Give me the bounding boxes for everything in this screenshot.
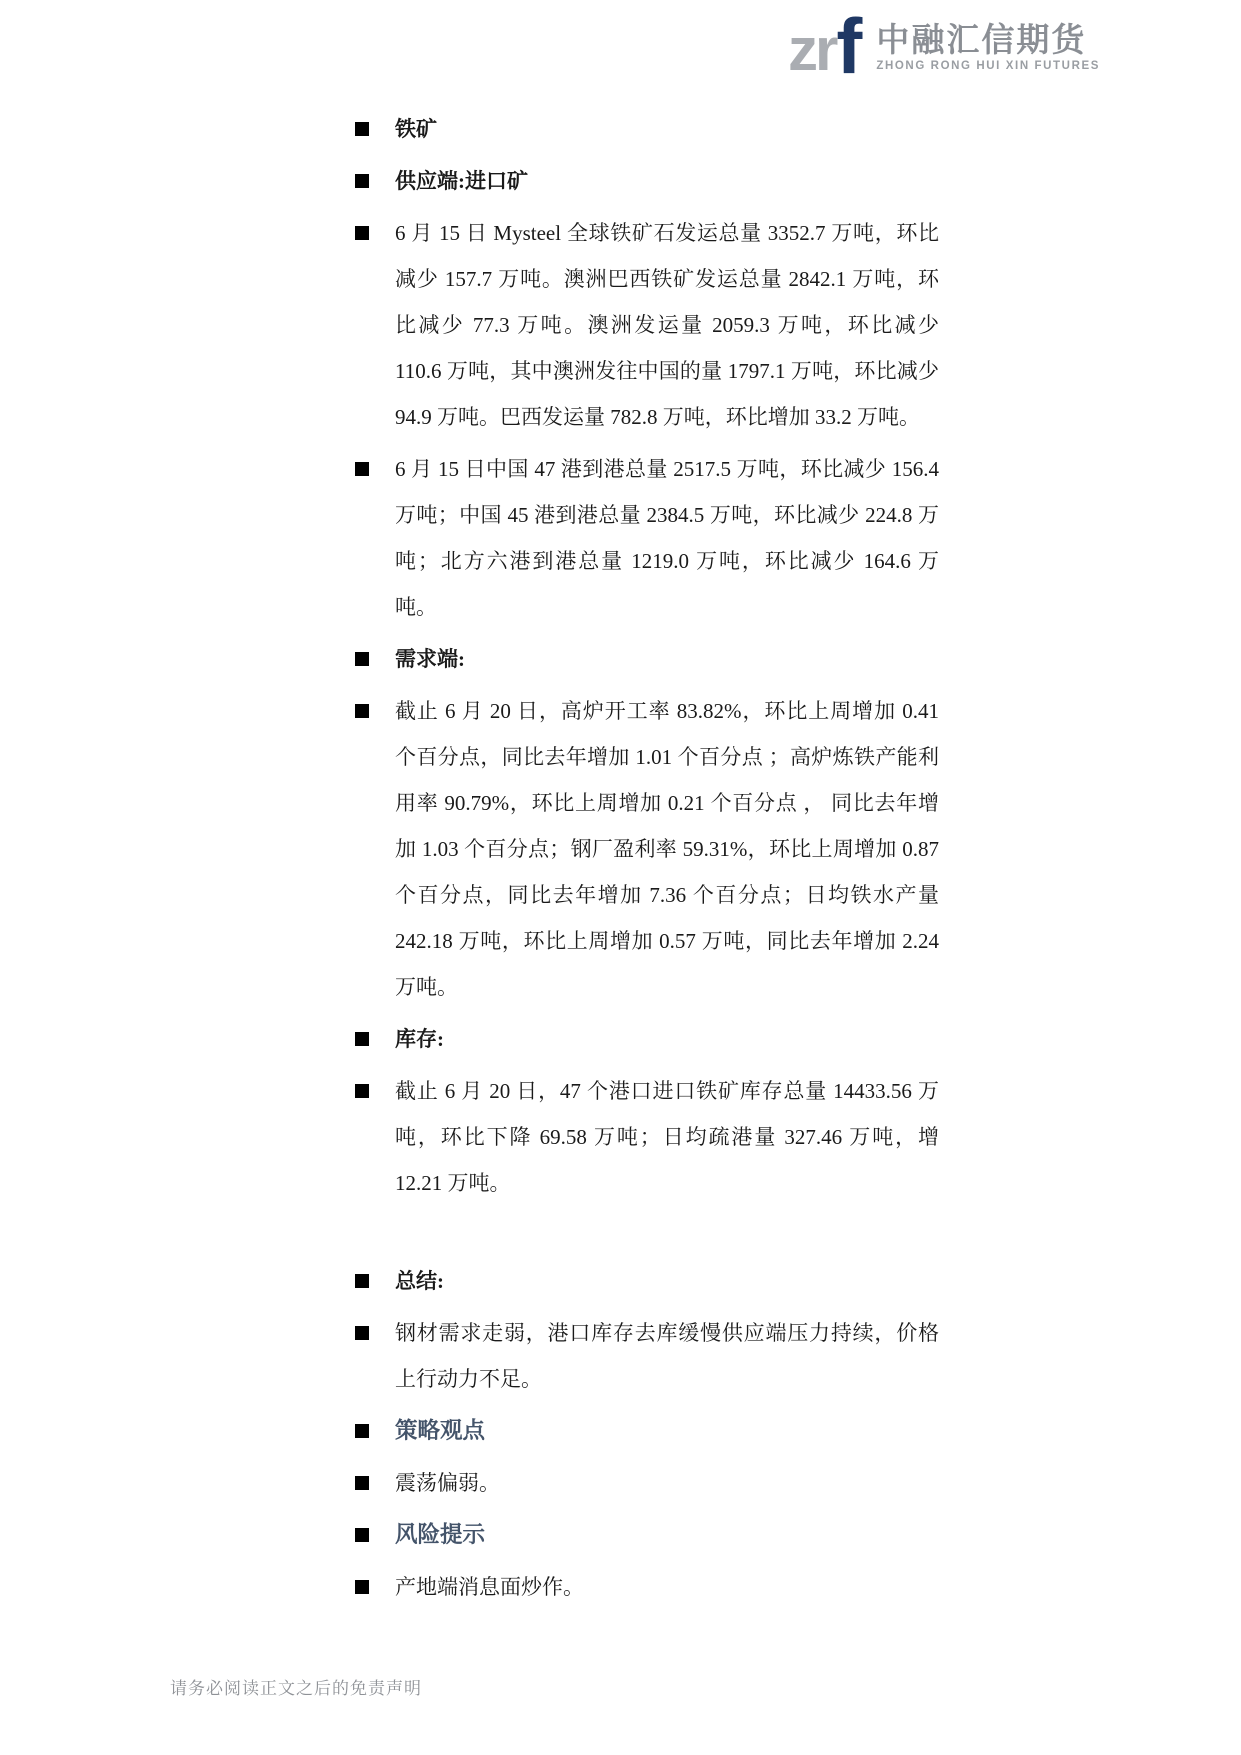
bullet-square-icon (355, 226, 369, 240)
paragraph-text: 截止 6 月 20 日，高炉开工率 83.82%，环比上周增加 0.41 个百分… (395, 688, 939, 1010)
bullet-square-icon (355, 1476, 369, 1490)
paragraph-risk: 产地端消息面炒作。 (355, 1564, 939, 1610)
logo-names: 中融汇信期货 ZHONG RONG HUI XIN FUTURES (876, 23, 1100, 75)
bullet-square-icon (355, 1528, 369, 1542)
bullet-square-icon (355, 1032, 369, 1046)
bullet-square-icon (355, 704, 369, 718)
footer-disclaimer: 请务必阅读正文之后的免责声明 (170, 1674, 422, 1699)
bullet-square-icon (355, 122, 369, 136)
bullet-square-icon (355, 174, 369, 188)
heading-iron-ore: 铁矿 (355, 106, 939, 152)
zrf-logo: zr f 中融汇信期货 ZHONG RONG HUI XIN FUTURES (788, 18, 1100, 74)
heading-summary: 总结: (355, 1258, 939, 1304)
logo-company-name-en: ZHONG RONG HUI XIN FUTURES (876, 60, 1100, 72)
paragraph-port-arrivals: 6 月 15 日中国 47 港到港总量 2517.5 万吨，环比减少 156.4… (355, 446, 939, 630)
heading-strategy-view: 策略观点 (355, 1408, 939, 1454)
heading-risk-warning: 风险提示 (355, 1512, 939, 1558)
bullet-square-icon (355, 1580, 369, 1594)
logo-f-text: f (836, 18, 862, 74)
report-body: 铁矿 供应端:进口矿 6 月 15 日 Mysteel 全球铁矿石发运总量 33… (355, 106, 939, 1616)
heading-text: 库存: (395, 1016, 939, 1062)
heading-demand: 需求端: (355, 636, 939, 682)
paragraph-text: 6 月 15 日中国 47 港到港总量 2517.5 万吨，环比减少 156.4… (395, 446, 939, 630)
paragraph-text: 钢材需求走弱，港口库存去库缓慢供应端压力持续，价格上行动力不足。 (395, 1310, 939, 1402)
logo-zr-text: zr (788, 27, 835, 74)
bullet-square-icon (355, 652, 369, 666)
bullet-square-icon (355, 1424, 369, 1438)
heading-text: 策略观点 (395, 1408, 939, 1454)
heading-text: 总结: (395, 1258, 939, 1304)
heading-text: 铁矿 (395, 106, 939, 152)
bullet-square-icon (355, 1084, 369, 1098)
bullet-square-icon (355, 1274, 369, 1288)
paragraph-text: 震荡偏弱。 (395, 1460, 939, 1506)
paragraph-text: 产地端消息面炒作。 (395, 1564, 939, 1610)
heading-inventory: 库存: (355, 1016, 939, 1062)
zrf-logo-mark: zr f (788, 18, 862, 74)
paragraph-global-shipments: 6 月 15 日 Mysteel 全球铁矿石发运总量 3352.7 万吨，环比减… (355, 210, 939, 440)
paragraph-blast-furnace-stats: 截止 6 月 20 日，高炉开工率 83.82%，环比上周增加 0.41 个百分… (355, 688, 939, 1010)
heading-supply-imported-ore: 供应端:进口矿 (355, 158, 939, 204)
bullet-square-icon (355, 1326, 369, 1340)
heading-text: 风险提示 (395, 1512, 939, 1558)
paragraph-strategy: 震荡偏弱。 (355, 1460, 939, 1506)
bullet-square-icon (355, 462, 369, 476)
heading-text: 需求端: (395, 636, 939, 682)
paragraph-port-inventory: 截止 6 月 20 日，47 个港口进口铁矿库存总量 14433.56 万吨，环… (355, 1068, 939, 1206)
logo-company-name-cn: 中融汇信期货 (876, 23, 1100, 58)
paragraph-text: 截止 6 月 20 日，47 个港口进口铁矿库存总量 14433.56 万吨，环… (395, 1068, 939, 1206)
paragraph-summary: 钢材需求走弱，港口库存去库缓慢供应端压力持续，价格上行动力不足。 (355, 1310, 939, 1402)
report-page: zr f 中融汇信期货 ZHONG RONG HUI XIN FUTURES 铁… (0, 0, 1241, 1755)
paragraph-text: 6 月 15 日 Mysteel 全球铁矿石发运总量 3352.7 万吨，环比减… (395, 210, 939, 440)
heading-text: 供应端:进口矿 (395, 158, 939, 204)
